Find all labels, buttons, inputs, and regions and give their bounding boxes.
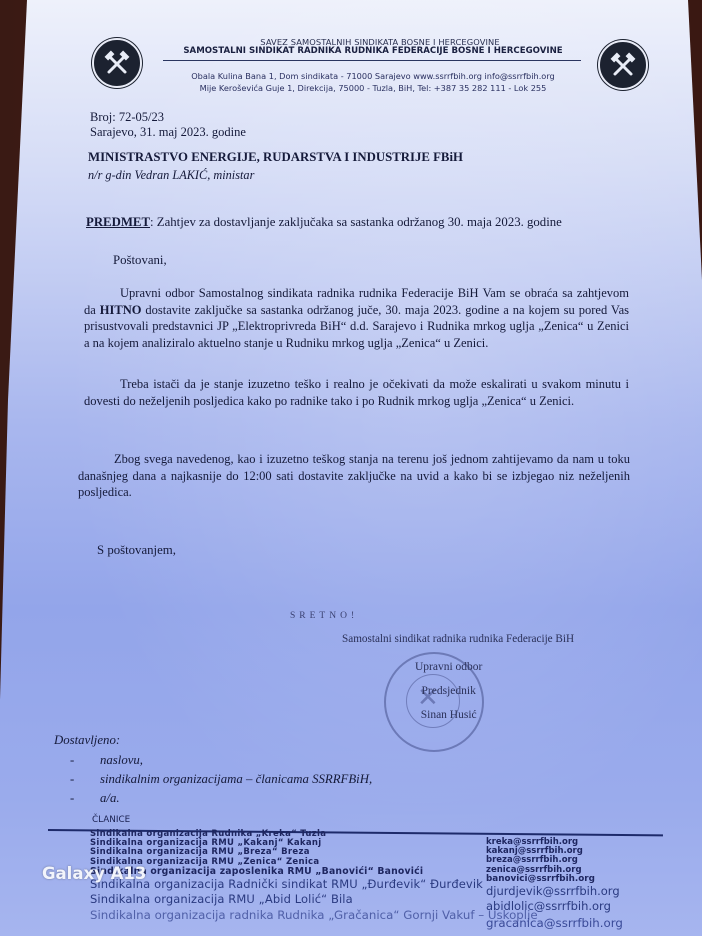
member-email: banovici@ssrrfbih.org (486, 875, 623, 885)
signature-role: Predsjednik (415, 679, 482, 703)
signature-board: Upravni odbor (415, 655, 482, 679)
letterhead-divider (163, 60, 581, 61)
member-name: Sindikalna organizacija radnika Rudnika … (90, 907, 538, 923)
member-email: gracanica@ssrrfbih.org (486, 914, 623, 932)
body-paragraph-1: Upravni odbor Samostalnog sindikata radn… (84, 285, 629, 351)
signature-name: Sinan Husić (415, 703, 482, 727)
subject-text: : Zahtjev za dostavljanje zaključaka sa … (150, 215, 562, 229)
closing: S poštovanjem, (97, 543, 176, 558)
letterhead-address: Obala Kulina Bana 1, Dom sindikata - 710… (163, 70, 583, 94)
reference-block: Broj: 72-05/23 Sarajevo, 31. maj 2023. g… (90, 110, 246, 140)
camera-watermark: Galaxy A13 (42, 864, 146, 883)
list-item: -sindikalnim organizacijama – članicama … (70, 770, 372, 789)
subject-line: PREDMET: Zahtjev za dostavljanje zaključ… (86, 215, 562, 230)
recipient-name: MINISTRASTVO ENERGIJE, RUDARSTVA I INDUS… (88, 150, 463, 165)
member-name: Sindikalna organizacija RMU „Abid Lolić“… (90, 892, 538, 907)
union-logo-left (92, 38, 142, 88)
signature-block: Upravni odbor Predsjednik Sinan Husić (415, 655, 482, 727)
members-label: ČLANICE (92, 815, 130, 825)
subject-label: PREDMET (86, 215, 150, 229)
body-paragraph-3: Zbog svega navedenog, kao i izuzetno teš… (78, 451, 630, 501)
member-name: Sindikalna organizacija zaposlenika RMU … (90, 867, 538, 878)
place-date: Sarajevo, 31. maj 2023. godine (90, 125, 246, 140)
crossed-hammers-icon (608, 50, 638, 80)
crossed-hammers-icon (102, 48, 132, 78)
signature-organization: Samostalni sindikat radnika rudnika Fede… (342, 633, 574, 645)
list-item: -naslovu, (70, 751, 372, 770)
body-paragraph-2: Treba istači da je stanje izuzetno teško… (84, 376, 629, 409)
address-line-1: Obala Kulina Bana 1, Dom sindikata - 710… (163, 70, 583, 82)
delivered-list: -naslovu, -sindikalnim organizacijama – … (70, 751, 372, 808)
recipient-attention: n/r g-din Vedran LAKIĆ, ministar (88, 168, 463, 183)
motto: SRETNO! (290, 611, 358, 621)
list-item: -a/a. (70, 789, 372, 808)
member-email: abidlolic@ssrrfbih.org (486, 898, 623, 914)
organization-name: SAMOSTALNI SINDIKAT RADNIKA RUDNIKA FEDE… (163, 46, 583, 56)
members-emails: kreka@ssrrfbih.org kakanj@ssrrfbih.org b… (486, 838, 623, 932)
delivered-label: Dostavljeno: (54, 733, 120, 748)
recipient-block: MINISTRASTVO ENERGIJE, RUDARSTVA I INDUS… (88, 150, 463, 183)
member-email: djurdjevik@ssrrfbih.org (486, 884, 623, 898)
greeting: Poštovani, (113, 253, 167, 268)
members-list: Sindikalna organizacija Rudnika „Kreka“ … (90, 830, 538, 923)
union-logo-right (598, 40, 648, 90)
urgent-emphasis: HITNO (100, 303, 142, 317)
member-name: Sindikalna organizacija Radnički sindika… (90, 877, 538, 892)
reference-number: Broj: 72-05/23 (90, 110, 246, 125)
address-line-2: Mije Keroševića Guje 1, Direkcija, 75000… (163, 82, 583, 94)
